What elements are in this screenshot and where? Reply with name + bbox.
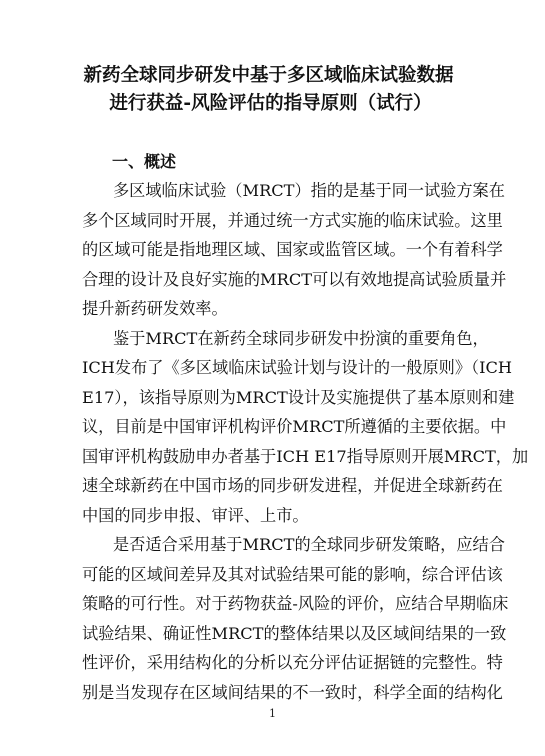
paragraph-3-line-4: 试验结果、确证性MRCT的整体结果以及区域间结果的一致 xyxy=(82,619,474,649)
title-line-1: 新药全球同步研发中基于多区域临床试验数据 xyxy=(0,62,545,90)
paragraph-3-line-5: 性评价，采用结构化的分析以充分评估证据链的完整性。特 xyxy=(82,648,474,678)
document-body: 多区域临床试验（MRCT）指的是基于同一试验方案在 多个区域同时开展，并通过统一… xyxy=(82,176,474,707)
paragraph-2-line-7: 中国的同步申报、审评、上市。 xyxy=(82,501,474,531)
paragraph-2-line-5: 国审评机构鼓励申办者基于ICH E17指导原则开展MRCT，加 xyxy=(82,442,474,472)
paragraph-2-line-4: 议，目前是中国审评机构评价MRCT所遵循的主要依据。中 xyxy=(82,412,474,442)
section-heading: 一、概述 xyxy=(112,151,176,173)
paragraph-3-line-3: 策略的可行性。对于药物获益-风险的评价，应结合早期临床 xyxy=(82,589,474,619)
paragraph-2-line-1: 鉴于MRCT在新药全球同步研发中扮演的重要角色， xyxy=(82,324,474,354)
paragraph-1-line-5: 提升新药研发效率。 xyxy=(82,294,474,324)
page-number: 1 xyxy=(0,707,545,720)
paragraph-3-line-1: 是否适合采用基于MRCT的全球同步研发策略，应结合 xyxy=(82,530,474,560)
paragraph-1-line-1: 多区域临床试验（MRCT）指的是基于同一试验方案在 xyxy=(82,176,474,206)
paragraph-2-line-2: ICH发布了《多区域临床试验计划与设计的一般原则》（ICH xyxy=(82,353,474,383)
title-line-2: 进行获益-风险评估的指导原则（试行） xyxy=(0,90,545,118)
paragraph-1-line-3: 的区域可能是指地理区域、国家或监管区域。一个有着科学 xyxy=(82,235,474,265)
paragraph-1-line-4: 合理的设计及良好实施的MRCT可以有效地提高试验质量并 xyxy=(82,265,474,295)
paragraph-1-line-2: 多个区域同时开展，并通过统一方式实施的临床试验。这里 xyxy=(82,206,474,236)
paragraph-3-line-6: 别是当发现存在区域间结果的不一致时，科学全面的结构化 xyxy=(82,678,474,708)
paragraph-2-line-3: E17），该指导原则为MRCT设计及实施提供了基本原则和建 xyxy=(82,383,474,413)
paragraph-3-line-2: 可能的区域间差异及其对试验结果可能的影响，综合评估该 xyxy=(82,560,474,590)
document-page: 新药全球同步研发中基于多区域临床试验数据 进行获益-风险评估的指导原则（试行） … xyxy=(0,0,545,756)
paragraph-2-line-6: 速全球新药在中国市场的同步研发进程，并促进全球新药在 xyxy=(82,471,474,501)
document-title: 新药全球同步研发中基于多区域临床试验数据 进行获益-风险评估的指导原则（试行） xyxy=(0,62,545,118)
